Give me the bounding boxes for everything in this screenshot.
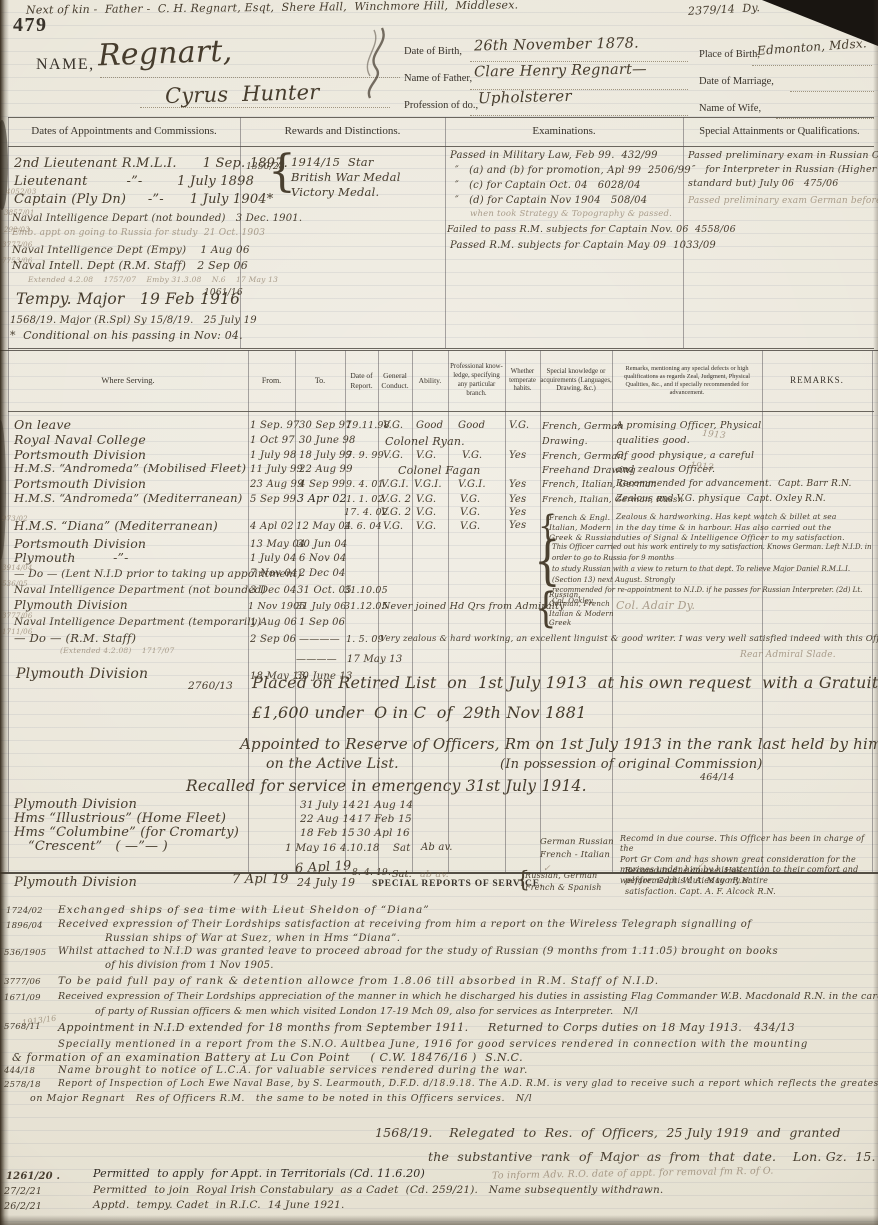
report-line: Report of Inspection of Loch Ewe Naval B… — [58, 1079, 878, 1090]
appointments-header: Dates of Appointments and Commissions. — [8, 119, 240, 144]
service-languages: German Russian French - Italian — [540, 836, 614, 862]
exam-line: when took Strategy & Topography & passed… — [470, 209, 672, 219]
service-professional: V.G.I. — [458, 479, 486, 491]
margin-code: 444/18 — [4, 1066, 35, 1076]
service-where: Plymouth Division — [16, 666, 148, 683]
final-note-annotation: To inform Adv. R.O. date of appt. for re… — [492, 1166, 774, 1182]
appointment-line: Naval Intelligence Dept (Empy) 1 Aug 06 — [12, 244, 250, 256]
rule — [8, 348, 874, 349]
service-from: 1 Oct 97 — [250, 435, 295, 447]
service-ability: V.G. — [416, 494, 436, 506]
report-line: Appointment in N.I.D extended for 18 mon… — [58, 1022, 795, 1035]
service-temperate: Yes — [509, 507, 526, 519]
report-line: & formation of an examination Battery at… — [12, 1052, 523, 1065]
page-number: 479 — [13, 14, 48, 37]
service-from: 7 Nov 04 — [250, 568, 297, 580]
col-header-remarks-long: Remarks, mentioning any special defects … — [612, 352, 762, 410]
service-to: 30 Sep 97 — [299, 420, 352, 432]
attainment-line: ″ for Interpreter in Russian (Higher — [692, 164, 877, 175]
service-remark: Zealous and V.G. physique Capt. Oxley R.… — [616, 494, 826, 505]
margin-code: 1896/04 — [6, 921, 43, 931]
reporting-officer: Colonel Fagan — [398, 465, 481, 478]
service-to: 2 Dec 04 — [299, 568, 346, 580]
service-to: 30 Apl 16 — [357, 827, 410, 839]
col-header-remarks: REMARKS. — [762, 352, 872, 410]
service-to: 30 June 98 — [299, 435, 356, 447]
father-value: Clare Henry Regnart— — [474, 61, 647, 81]
attainment-line: Passed preliminary exam German before Ld… — [688, 196, 878, 207]
margin-code: 536/1905 — [4, 948, 46, 958]
appointment-line: Emb. appt on going to Russia for study 2… — [12, 228, 265, 239]
service-remark: Recommended for advancement. Capt. Barr … — [616, 479, 852, 490]
surname-value: Regnart, — [97, 34, 232, 74]
examinations-header: Examinations. — [445, 119, 683, 144]
service-to: 30 Jun 04 — [297, 539, 348, 551]
rule — [762, 350, 763, 872]
service-where: H.M.S. “Andromeda” (Mediterranean) — [14, 492, 242, 506]
report-line: To be paid full pay of rank & detention … — [58, 975, 659, 987]
margin-code: 464/14 — [700, 772, 735, 783]
service-where: — Do — (R.M. Staff) — [14, 632, 136, 646]
service-record-page: Next of kin - Father - C. H. Regnart, Es… — [0, 0, 878, 1225]
report-line: Name brought to notice of L.C.A. for val… — [58, 1065, 528, 1077]
service-temperate: Yes — [509, 479, 526, 491]
service-ability: V.G.I. — [414, 479, 442, 491]
final-note-line: the substantive rank of Major as from th… — [428, 1150, 878, 1165]
service-to: ———— — [299, 634, 340, 646]
report-line: of his division from 1 Nov 1905. — [105, 960, 274, 972]
col-header-where: Where Serving. — [8, 352, 248, 410]
retirement-line: Appointed to Reserve of Officers, Rm on … — [240, 736, 878, 754]
forenames-value: Cyrus Hunter — [165, 80, 320, 109]
retirement-line: on the Active List. — [266, 756, 399, 773]
service-to: 21 Aug 14 — [357, 799, 413, 811]
service-to: 18 July 99 — [299, 450, 352, 462]
reporting-officer: Colonel Ryan. — [385, 436, 465, 449]
report-line: Exchanged ships of sea time with Lieut S… — [58, 904, 430, 916]
report-line: of party of Russian officers & men which… — [95, 1006, 638, 1017]
service-where: Naval Intelligence Department (temporari… — [14, 616, 261, 628]
reporting-officer: Rear Admiral Slade. — [740, 650, 836, 661]
service-from: 23 Aug 99 — [250, 479, 304, 491]
report-line: Received expression of Their Lordships a… — [58, 991, 878, 1002]
margin-code: 3777/06 — [4, 977, 41, 987]
final-note-line: 1568/19. Relegated to Res. of Officers, … — [375, 1126, 841, 1141]
final-note-line: Permitted to apply for Appt. in Territor… — [93, 1168, 425, 1181]
col-header-conduct: General Conduct. — [378, 352, 412, 410]
dob-value: 26th November 1878. — [474, 36, 639, 56]
service-report: 31.10.05 — [344, 585, 388, 596]
report-line: Whilst attached to N.I.D was granted lea… — [58, 946, 778, 958]
rule — [790, 90, 874, 92]
attainment-line: Passed preliminary exam in Russian Oct: … — [688, 150, 878, 161]
service-from: 31 July 14 — [300, 799, 356, 811]
medal-item: Victory Medal. — [291, 186, 379, 200]
appointment-line: Captain (Ply Dn) -”- 1 July 1904* — [14, 192, 273, 207]
service-from: 11 July 99 — [250, 464, 303, 476]
service-professional: V.G. — [460, 507, 480, 519]
service-where: Royal Naval College — [14, 433, 146, 448]
report-line: Specially mentioned in a report from the… — [58, 1039, 808, 1051]
service-from: 1 May 16 — [285, 842, 336, 854]
service-where: On leave — [14, 418, 71, 433]
service-ability: V.G. — [416, 521, 436, 533]
service-temperate: Yes — [509, 520, 526, 532]
rule — [0, 350, 878, 351]
service-conduct: V.G.I. — [381, 479, 409, 491]
appointment-line: Naval Intell. Dept (R.M. Staff) 2 Sep 06 — [12, 260, 248, 273]
service-conduct: V.G. — [383, 450, 403, 462]
scan-right-edge — [873, 0, 878, 1225]
service-from: 5 Sep 99 — [250, 494, 296, 506]
report-line: Received expression of Their Lordships s… — [58, 919, 752, 931]
attainment-line: standard but) July 06 475/06 — [688, 178, 839, 189]
service-temperate: V.G. — [509, 420, 529, 432]
margin-code: 2578/18 — [4, 1080, 41, 1090]
col-header-to: To. — [295, 352, 345, 410]
wife-label: Name of Wife, — [699, 103, 761, 114]
service-from: 1 July 98 — [250, 450, 297, 462]
profession-value: Upholsterer — [478, 88, 572, 108]
service-conduct: V.G. 2 — [381, 494, 411, 506]
service-remark: qualities good. — [616, 435, 690, 446]
retirement-line: (In possession of original Commission) — [500, 757, 763, 772]
margin-code: 1671/09 — [4, 993, 41, 1003]
profession-label: Profession of do., — [404, 100, 478, 111]
margin-code: 2760/13 — [188, 680, 233, 692]
recalled-line: Recalled for service in emergency 31st J… — [186, 777, 587, 795]
service-to: 4 Sep 99 — [299, 479, 345, 491]
father-label: Name of Father, — [404, 73, 472, 84]
col-header-ability: Ability. — [412, 352, 448, 410]
dob-label: Date of Birth, — [404, 46, 462, 57]
final-note-line: Permitted to join Royal Irish Constabula… — [93, 1184, 663, 1196]
service-report: 8. 4. 19. — [352, 868, 391, 879]
report-line: on Major Regnart Res of Officers R.M. th… — [30, 1093, 532, 1104]
margin-code: 1061/16 — [204, 288, 243, 299]
ink-flourish-icon — [352, 26, 396, 100]
service-to: 31 July 06 — [296, 601, 347, 612]
margin-code: 1724/02 — [6, 906, 43, 916]
service-from: 22 Aug 14 — [300, 813, 356, 825]
pob-value: Edmonton, Mdsx. — [757, 36, 868, 58]
service-report: 4.10.18 — [340, 843, 380, 855]
service-to: 6 Nov 04 — [299, 553, 346, 565]
service-from: 18 Feb 15 — [300, 827, 355, 839]
service-from: 2 Sep 06 — [250, 634, 296, 646]
service-to: 24 July 19 — [297, 877, 355, 890]
service-languages: Russian, German French & Spanish — [525, 870, 602, 893]
register-code: 2379/14 Dy. — [688, 2, 761, 19]
service-ability: Good — [416, 420, 443, 432]
marriage-label: Date of Marriage, — [699, 76, 774, 87]
service-where: “Crescent” ( —”— ) — [28, 839, 168, 854]
service-to: 22 Aug 99 — [299, 464, 353, 476]
service-to: 3 Apr 02 — [297, 493, 347, 506]
conditional-note: * Conditional on his passing in Nov: 04. — [10, 330, 243, 343]
service-where: H.M.S. “Diana” (Mediterranean) — [14, 519, 218, 533]
retirement-line: £1,600 under O in C of 29th Nov 1881 — [252, 704, 587, 723]
appointment-line: Lieutenant -”- 1 July 1898 — [14, 174, 254, 189]
rule — [8, 146, 874, 147]
col-header-professional: Professional know-ledge, specifying any … — [448, 352, 505, 410]
appointment-line: 1568/19. Major (R.Spl) Sy 15/8/19. 25 Ju… — [10, 315, 257, 327]
ghost-mark: 1913 — [702, 429, 727, 442]
medal-item: British War Medal — [291, 171, 401, 185]
reporting-officer: Col. Adair Dy. — [616, 600, 695, 613]
service-conduct: Sat — [393, 843, 410, 855]
service-professional: V.G. — [460, 521, 480, 533]
exam-line: ″ (c) for Captain Oct. 04 6028/04 — [455, 180, 641, 192]
final-note-line: Apptd. tempy. Cadet in R.I.C. 14 June 19… — [93, 1199, 345, 1211]
service-report: 1. 5. 09 — [346, 634, 384, 645]
service-report: 2. 6. 04 — [344, 521, 382, 532]
exam-line: ″ (a) and (b) for promotion, Apl 99 2506… — [455, 165, 691, 177]
exam-line: Failed to pass R.M. subjects for Captain… — [447, 224, 736, 235]
medal-item: 1914/15 Star — [291, 156, 374, 170]
service-subnote: (Extended 4.2.08) 1717/07 — [60, 647, 174, 656]
service-where: H.M.S. “Andromeda” (Mobilised Fleet) — [14, 462, 246, 476]
service-temperate: Yes — [509, 450, 526, 462]
service-ability: Ab av. — [421, 842, 453, 854]
service-languages: French, German — [542, 421, 624, 432]
report-line: Russian ships of War at Suez, when in Hm… — [105, 933, 401, 945]
service-to: 1 Sep 06 — [299, 617, 345, 629]
service-remark: Of good physique, a careful — [616, 450, 754, 461]
service-remark: Recomd in due course. Has performed his … — [625, 866, 776, 897]
service-where: Portsmouth Division — [14, 477, 146, 492]
service-to: 17 Feb 15 — [357, 813, 412, 825]
service-temperate: Yes — [509, 494, 526, 506]
exam-line: ″ (d) for Captain Nov 1904 508/04 — [455, 195, 647, 207]
service-report: 9. 4. 01 — [346, 479, 384, 490]
rule — [445, 117, 446, 348]
service-conduct: V.G. 2 — [381, 507, 411, 519]
service-ability: V.G. — [416, 450, 436, 462]
service-languages: French, German, — [542, 451, 627, 462]
service-conduct: V.G. — [383, 521, 403, 533]
service-professional: V.G. — [460, 494, 480, 506]
scan-bottom-edge — [0, 1215, 878, 1225]
rule — [470, 114, 688, 116]
service-remark: A promising Officer, Physical — [616, 420, 761, 431]
service-where: Naval Intelligence Department (not bound… — [14, 584, 266, 596]
service-languages: Russian, German, French Italian & Modern… — [549, 591, 614, 629]
service-from: 1 Sep. 97 — [250, 420, 300, 432]
service-from: 3 Dec 04 — [250, 585, 297, 597]
rewards-header: Rewards and Distinctions. — [240, 119, 445, 144]
rule — [752, 64, 872, 66]
service-professional: Good — [458, 420, 485, 432]
service-from: 1 Aug 06 — [250, 617, 297, 629]
exam-line: Passed in Military Law, Feb 99. 432/99 — [450, 150, 658, 162]
service-languages: Drawing. — [542, 436, 588, 447]
retirement-line: Placed on Retired List on 1st July 1913 … — [252, 674, 878, 693]
service-remark: Very zealous & hard working, an excellen… — [380, 634, 878, 644]
col-header-report: Date of Report. — [345, 352, 378, 410]
service-report: 7. 9. 99 — [346, 450, 384, 461]
appointment-line: Naval Intelligence Depart (not bounded) … — [12, 213, 302, 225]
service-from: 1 July 04 — [250, 553, 297, 565]
appointment-subnote: Extended 4.2.08 1757/07 Emby 31.3.08 N.6… — [28, 276, 278, 285]
service-to: ———— 17 May 13 — [296, 654, 402, 666]
service-professional: V.G. — [462, 450, 482, 462]
service-remark: Zealous & hardworking. Has kept watch & … — [616, 512, 845, 544]
service-where: Plymouth Division — [14, 875, 137, 890]
name-label: NAME, — [36, 56, 95, 74]
col-header-from: From. — [248, 352, 295, 410]
margin-code: 26/2/21 — [4, 1201, 42, 1212]
service-ability: V.G. — [416, 507, 436, 519]
service-from: 7 Apl 19 — [232, 872, 289, 887]
service-from: 4 Apl 02 — [250, 521, 294, 533]
service-where: Plymouth Division — [14, 598, 128, 612]
col-header-special: Special knowledge or acquirements (Langu… — [540, 352, 612, 410]
date-note: 6 Apl 19 — [295, 859, 352, 877]
exam-line: Passed R.M. subjects for Captain May 09 … — [450, 240, 716, 252]
margin-code: 27/2/21 — [4, 1186, 42, 1197]
pob-label: Place of Birth, — [699, 49, 760, 60]
rule — [8, 117, 874, 118]
rule — [8, 411, 874, 412]
next-of-kin-note: Next of kin - Father - C. H. Regnart, Es… — [26, 0, 518, 18]
service-report: 1. 1. 02 — [346, 494, 384, 505]
attainments-header: Special Attainments or Qualifications. — [683, 119, 876, 144]
service-conduct: V.G. — [383, 420, 403, 432]
col-header-temperate: Whether temperate habits. — [505, 352, 540, 410]
margin-code: 1261/20 . — [6, 1171, 60, 1183]
